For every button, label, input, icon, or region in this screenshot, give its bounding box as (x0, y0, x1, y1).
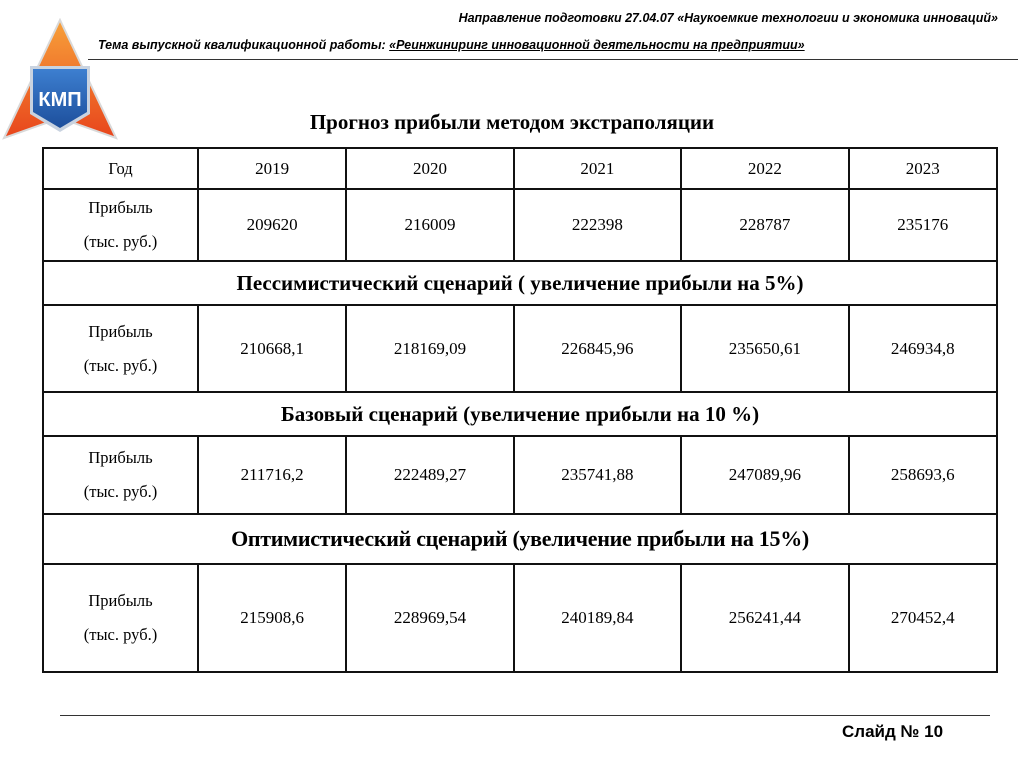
value-cell: 246934,8 (849, 305, 997, 392)
row-label: Прибыль(тыс. руб.) (43, 189, 198, 261)
value-cell: 270452,4 (849, 564, 997, 672)
row-label: Прибыль(тыс. руб.) (43, 436, 198, 514)
scenario-header-pessimistic: Пессимистический сценарий ( увеличение п… (43, 261, 997, 305)
value-cell: 235650,61 (681, 305, 848, 392)
thesis-topic-value: «Реинжиниринг инновационной деятельности… (389, 38, 805, 52)
thesis-topic-label: Тема выпускной квалификационной работы: (98, 38, 389, 52)
row-label: Прибыль(тыс. руб.) (43, 564, 198, 672)
value-cell: 235176 (849, 189, 997, 261)
year-cell: 2023 (849, 148, 997, 189)
year-cell: 2021 (514, 148, 681, 189)
year-cell: 2020 (346, 148, 513, 189)
value-cell: 210668,1 (198, 305, 346, 392)
year-cell: 2022 (681, 148, 848, 189)
value-cell: 222489,27 (346, 436, 513, 514)
row-label: Прибыль(тыс. руб.) (43, 305, 198, 392)
header-divider (88, 59, 1018, 60)
svg-text:КМП: КМП (38, 89, 81, 111)
value-cell: 222398 (514, 189, 681, 261)
table-row: Прибыль(тыс. руб.) 210668,1 218169,09 22… (43, 305, 997, 392)
table-header-row: Год 2019 2020 2021 2022 2023 (43, 148, 997, 189)
value-cell: 256241,44 (681, 564, 848, 672)
value-cell: 209620 (198, 189, 346, 261)
footer-divider (60, 715, 990, 716)
table-row: Прибыль(тыс. руб.) 209620 216009 222398 … (43, 189, 997, 261)
value-cell: 247089,96 (681, 436, 848, 514)
year-label: Год (43, 148, 198, 189)
profit-forecast-table: Год 2019 2020 2021 2022 2023 Прибыль(тыс… (42, 147, 998, 673)
value-cell: 216009 (346, 189, 513, 261)
value-cell: 235741,88 (514, 436, 681, 514)
value-cell: 228969,54 (346, 564, 513, 672)
study-direction: Направление подготовки 27.04.07 «Наукоем… (386, 11, 998, 25)
value-cell: 228787 (681, 189, 848, 261)
year-cell: 2019 (198, 148, 346, 189)
value-cell: 215908,6 (198, 564, 346, 672)
value-cell: 226845,96 (514, 305, 681, 392)
value-cell: 211716,2 (198, 436, 346, 514)
value-cell: 240189,84 (514, 564, 681, 672)
scenario-header-base: Базовый сценарий (увеличение прибыли на … (43, 392, 997, 436)
scenario-header-optimistic: Оптимистический сценарий (увеличение при… (43, 514, 997, 564)
table-row: Прибыль(тыс. руб.) 215908,6 228969,54 24… (43, 564, 997, 672)
page-title: Прогноз прибыли методом экстраполяции (0, 110, 1024, 135)
thesis-topic: Тема выпускной квалификационной работы: … (98, 38, 805, 52)
slide-number: Слайд № 10 (842, 722, 943, 742)
value-cell: 258693,6 (849, 436, 997, 514)
table-row: Прибыль(тыс. руб.) 211716,2 222489,27 23… (43, 436, 997, 514)
value-cell: 218169,09 (346, 305, 513, 392)
